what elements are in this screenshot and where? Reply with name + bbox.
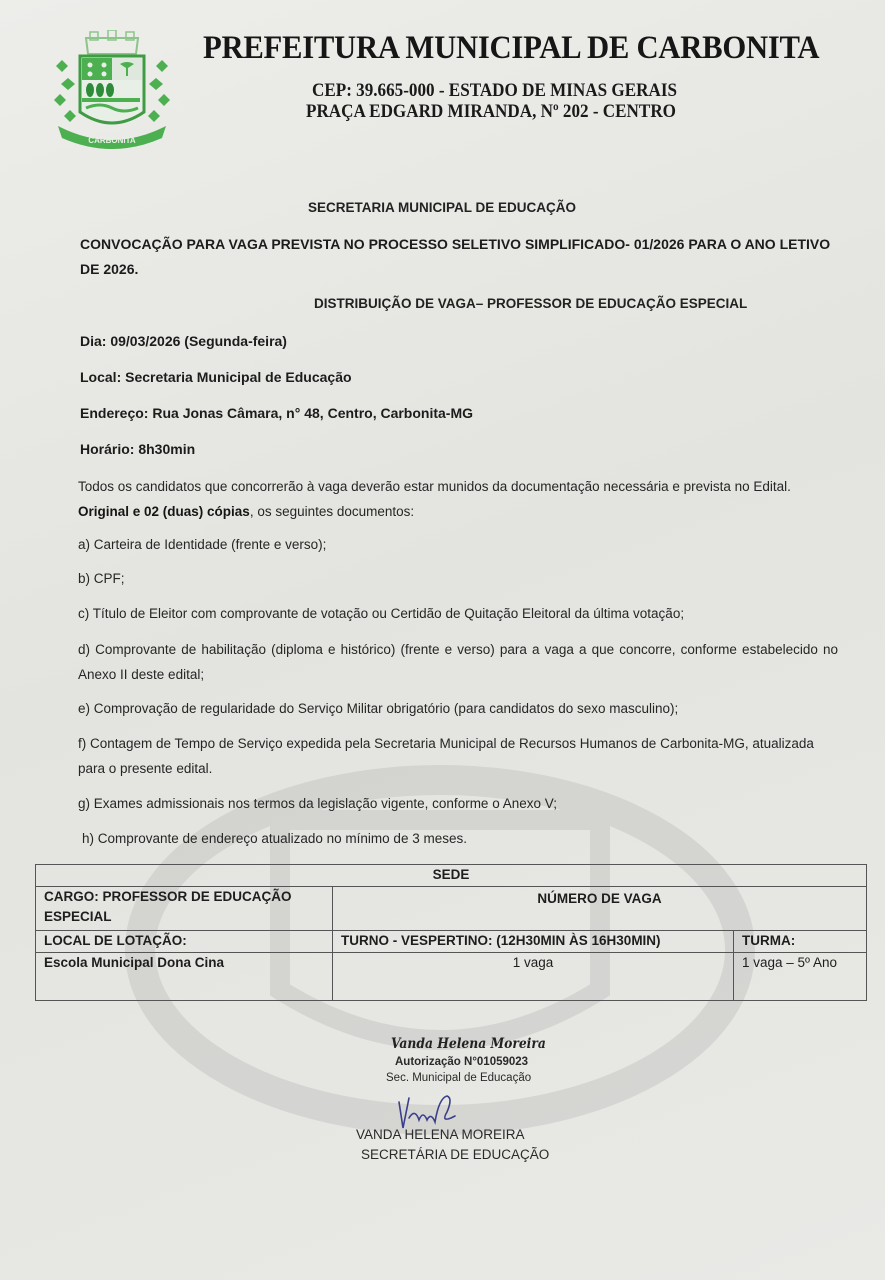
col-turma-header: TURMA: <box>734 931 867 953</box>
vacancy-table: SEDE CARGO: PROFESSOR DE EDUCAÇÃO ESPECI… <box>35 864 867 1001</box>
table-title: SEDE <box>36 865 867 887</box>
col-local-header: LOCAL DE LOTAÇÃO: <box>36 931 333 953</box>
doc-item-f: f) Contagem de Tempo de Serviço expedida… <box>78 731 838 781</box>
row-vagas: 1 vaga <box>333 953 734 1001</box>
department-heading: SECRETARIA MUNICIPAL DE EDUCAÇÃO <box>308 200 576 215</box>
svg-text:CARBONITA: CARBONITA <box>88 136 136 145</box>
cargo-cell: CARGO: PROFESSOR DE EDUCAÇÃO ESPECIAL <box>36 887 333 931</box>
signatory-name: VANDA HELENA MOREIRA <box>356 1127 525 1142</box>
convocation-heading: CONVOCAÇÃO PARA VAGA PREVISTA NO PROCESS… <box>80 232 840 282</box>
distribution-heading: DISTRIBUIÇÃO DE VAGA– PROFESSOR DE EDUCA… <box>314 296 747 311</box>
info-time: Horário: 8h30min <box>80 441 195 457</box>
doc-item-d: d) Comprovante de habilitação (diploma e… <box>78 637 838 687</box>
header-address: PRAÇA EDGARD MIRANDA, Nº 202 - CENTRO <box>306 101 676 123</box>
col-turno-header: TURNO - VESPERTINO: (12H30MIN ÀS 16H30MI… <box>333 931 734 953</box>
info-address: Endereço: Rua Jonas Câmara, n° 48, Centr… <box>80 405 473 421</box>
header-cep-state: CEP: 39.665-000 - ESTADO DE MINAS GERAIS <box>312 80 677 102</box>
table-row: Escola Municipal Dona Cina 1 vaga 1 vaga… <box>36 953 867 1001</box>
municipality-title: PREFEITURA MUNICIPAL DE CARBONITA <box>203 30 819 67</box>
doc-item-h: h) Comprovante de endereço atualizado no… <box>82 826 842 851</box>
numero-vaga-header: NÚMERO DE VAGA <box>333 887 867 931</box>
row-turma: 1 vaga – 5º Ano <box>734 953 867 1001</box>
doc-item-c: c) Título de Eleitor com comprovante de … <box>78 601 838 626</box>
doc-item-a: a) Carteira de Identidade (frente e vers… <box>78 532 838 557</box>
intro-paragraph: Todos os candidatos que concorrerão à va… <box>78 474 838 524</box>
stamp-authorization: Autorização N°01059023 <box>395 1056 528 1068</box>
doc-item-g: g) Exames admissionais nos termos da leg… <box>78 791 838 816</box>
signatory-role: SECRETÁRIA DE EDUCAÇÃO <box>361 1147 549 1162</box>
doc-item-e: e) Comprovação de regularidade do Serviç… <box>78 696 838 721</box>
stamp-name: Vanda Helena Moreira <box>391 1036 546 1052</box>
stamp-role: Sec. Municipal de Educação <box>386 1072 531 1084</box>
info-place: Local: Secretaria Municipal de Educação <box>80 369 352 385</box>
info-day: Dia: 09/03/2026 (Segunda-feira) <box>80 333 287 349</box>
municipal-coat-of-arms-icon: CARBONITA <box>48 30 176 152</box>
row-local: Escola Municipal Dona Cina <box>36 953 333 1001</box>
doc-item-b: b) CPF; <box>78 566 838 591</box>
